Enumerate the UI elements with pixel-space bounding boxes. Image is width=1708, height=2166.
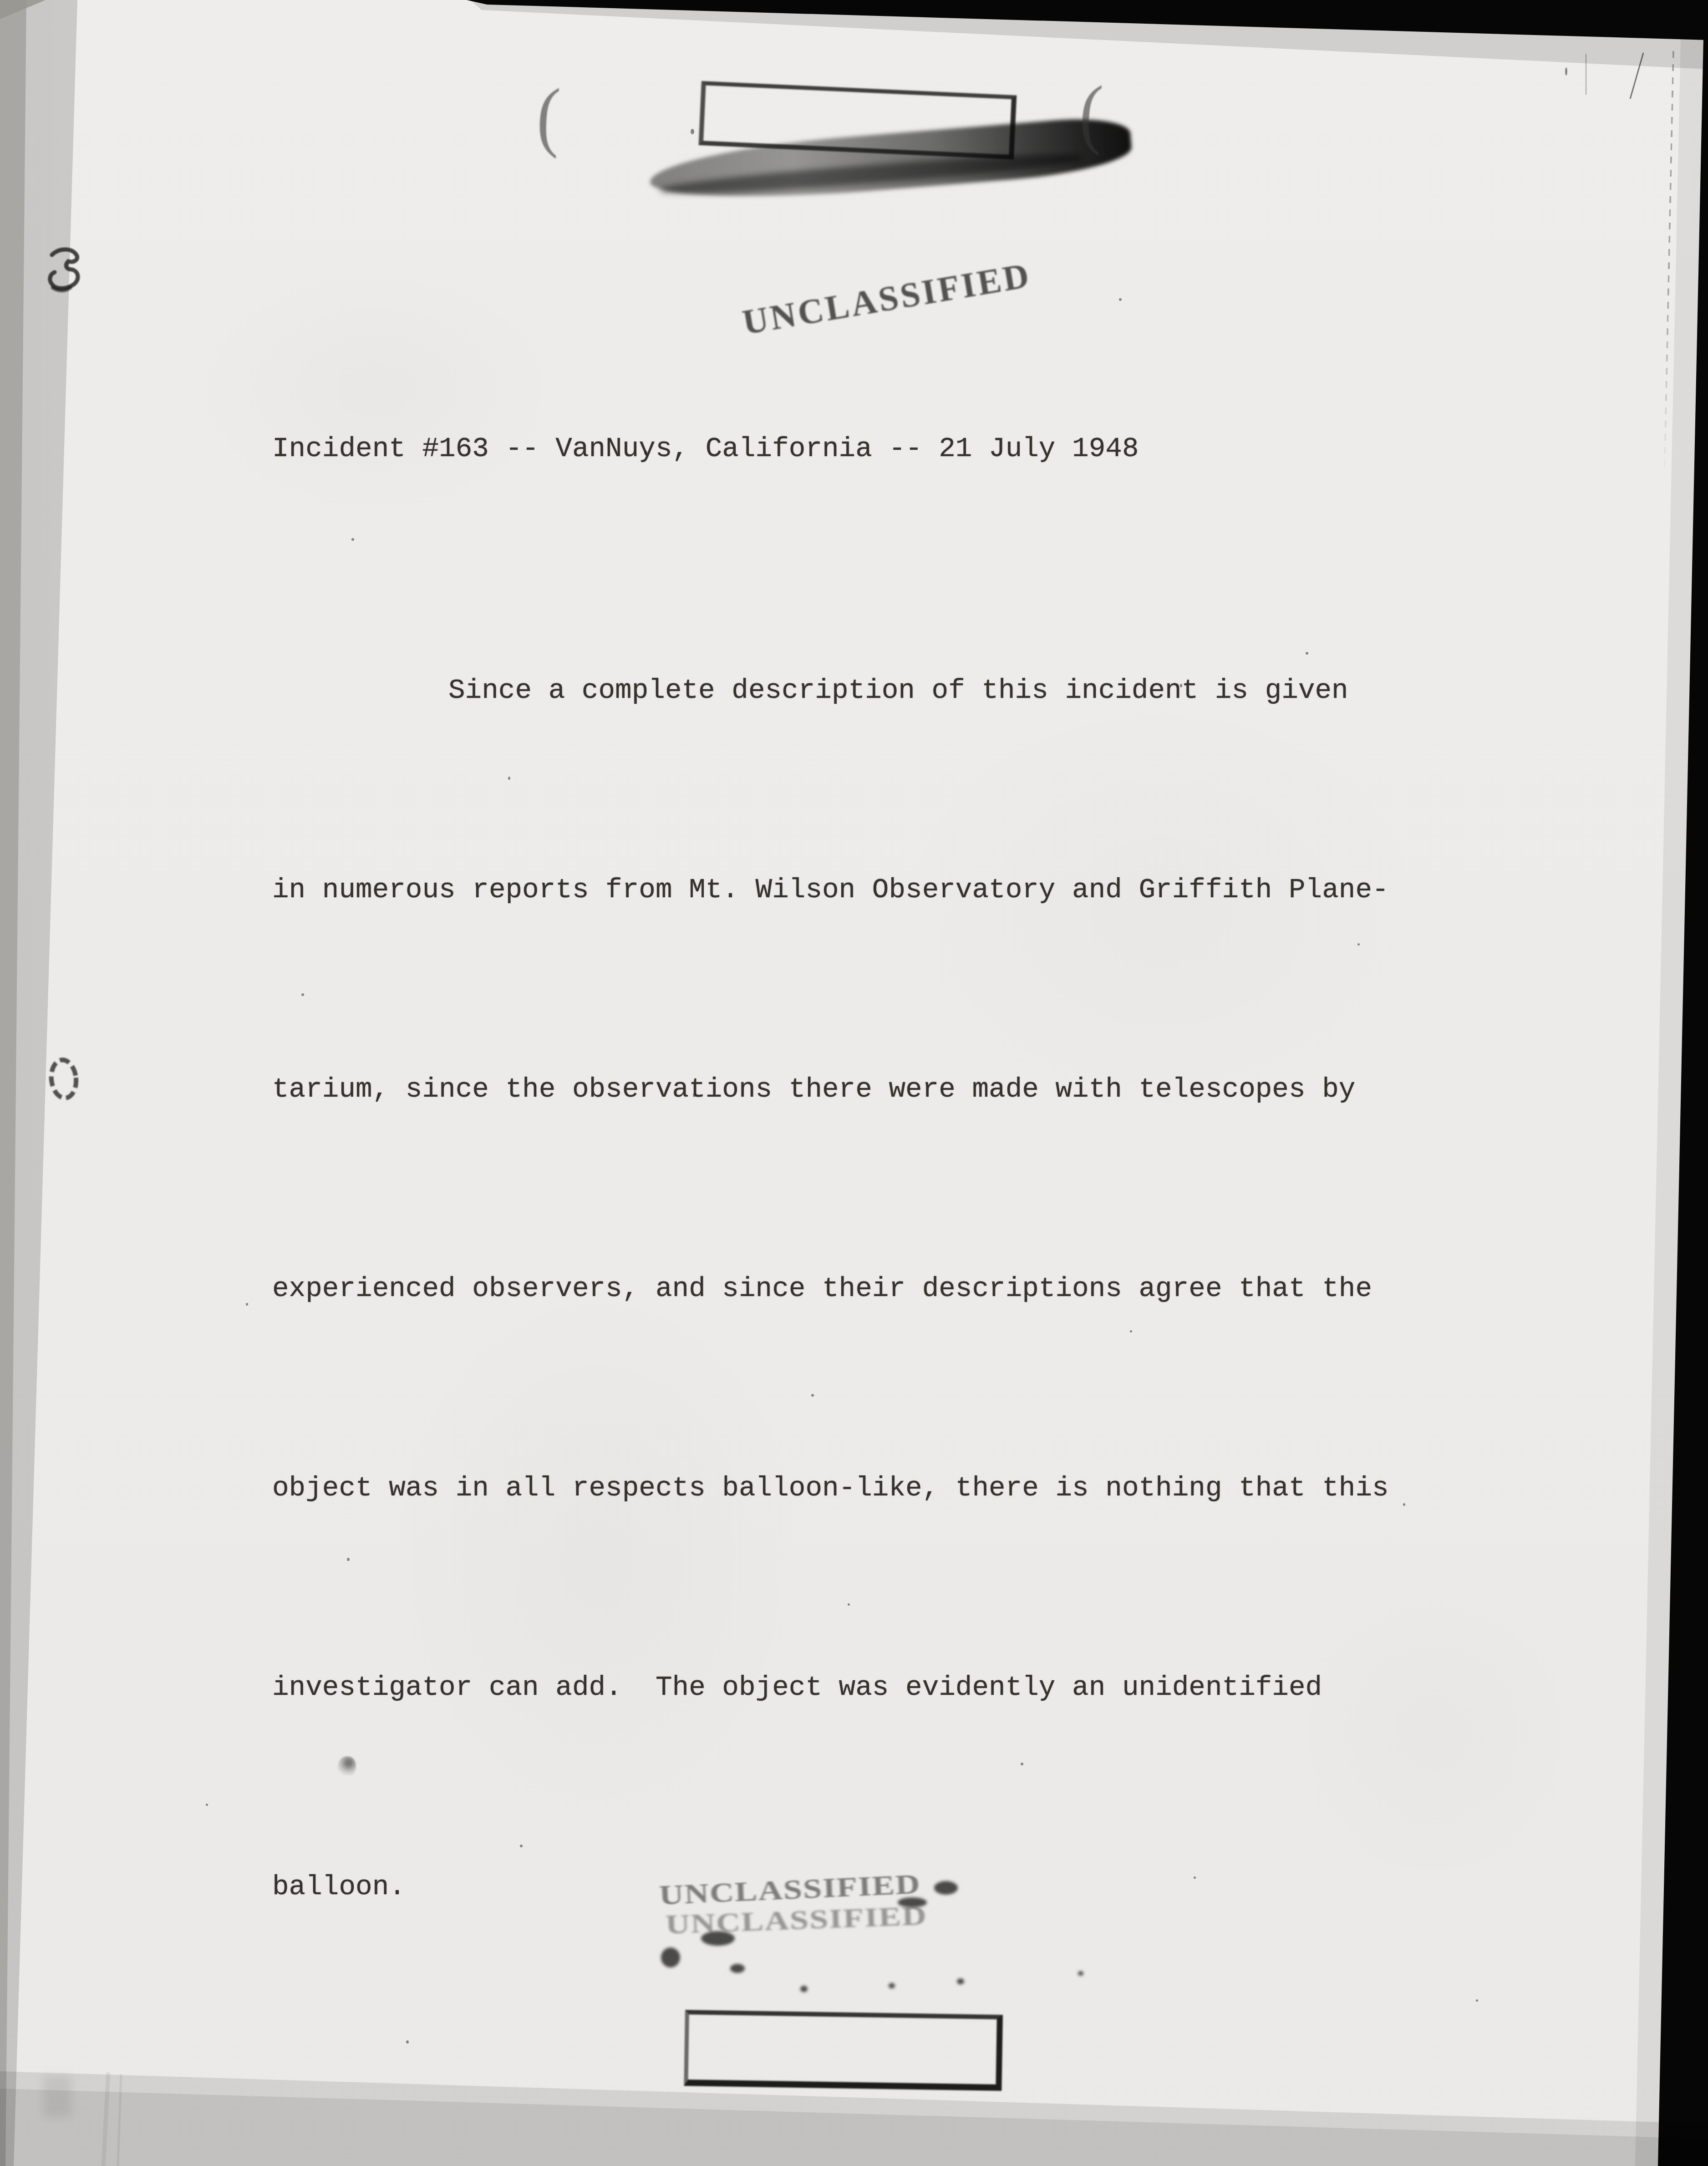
bottom-streak-mark: [117, 2074, 122, 2166]
unclassified-stamp-top: UNCLASSIFIED: [740, 254, 1034, 343]
body-line: Since a complete description of this inc…: [272, 658, 1389, 724]
body-line: in numerous reports from Mt. Wilson Obse…: [272, 857, 1389, 924]
diagonal-scratch: [1630, 53, 1644, 99]
body-line: investigator can add. The object was evi…: [272, 1655, 1389, 1721]
stamp-speck: [1078, 1971, 1083, 1976]
body-line: tarium, since the observations there wer…: [272, 1057, 1389, 1123]
ink-blot-mark: [39, 244, 89, 297]
ring-ink-mark: [42, 1051, 86, 1108]
stamp-speck: [889, 1983, 895, 1988]
stamp-smear: [898, 1897, 927, 1907]
stamp-speck: [957, 1978, 964, 1984]
body-line: experienced observers, and since their d…: [272, 1256, 1389, 1322]
stamp-smear: [934, 1881, 958, 1895]
body-line: object was in all respects balloon-like,…: [272, 1455, 1389, 1522]
pen-paren-mark-left: (: [535, 70, 562, 162]
dashed-scratch-line: [1663, 51, 1674, 483]
pen-paren-mark-right: (: [1078, 67, 1105, 159]
stamp-smear: [661, 1947, 680, 1968]
incident-heading: Incident #163 -- VanNuys, California -- …: [272, 433, 1139, 465]
bottom-streak-mark: [102, 2072, 111, 2166]
vertical-scratch: [1586, 54, 1586, 95]
bottom-smudge-mark: [44, 2076, 71, 2117]
incident-body: Since a complete description of this inc…: [272, 525, 1389, 2054]
empty-stamp-box-bottom: [684, 2010, 1003, 2091]
stamp-speck: [800, 1986, 808, 1992]
scanned-document-page: ( ( UNCLASSIFIED Incident #163 -- VanNuy…: [0, 0, 1708, 2166]
stamp-smear: [730, 1964, 745, 1973]
stamp-smear: [701, 1931, 735, 1946]
